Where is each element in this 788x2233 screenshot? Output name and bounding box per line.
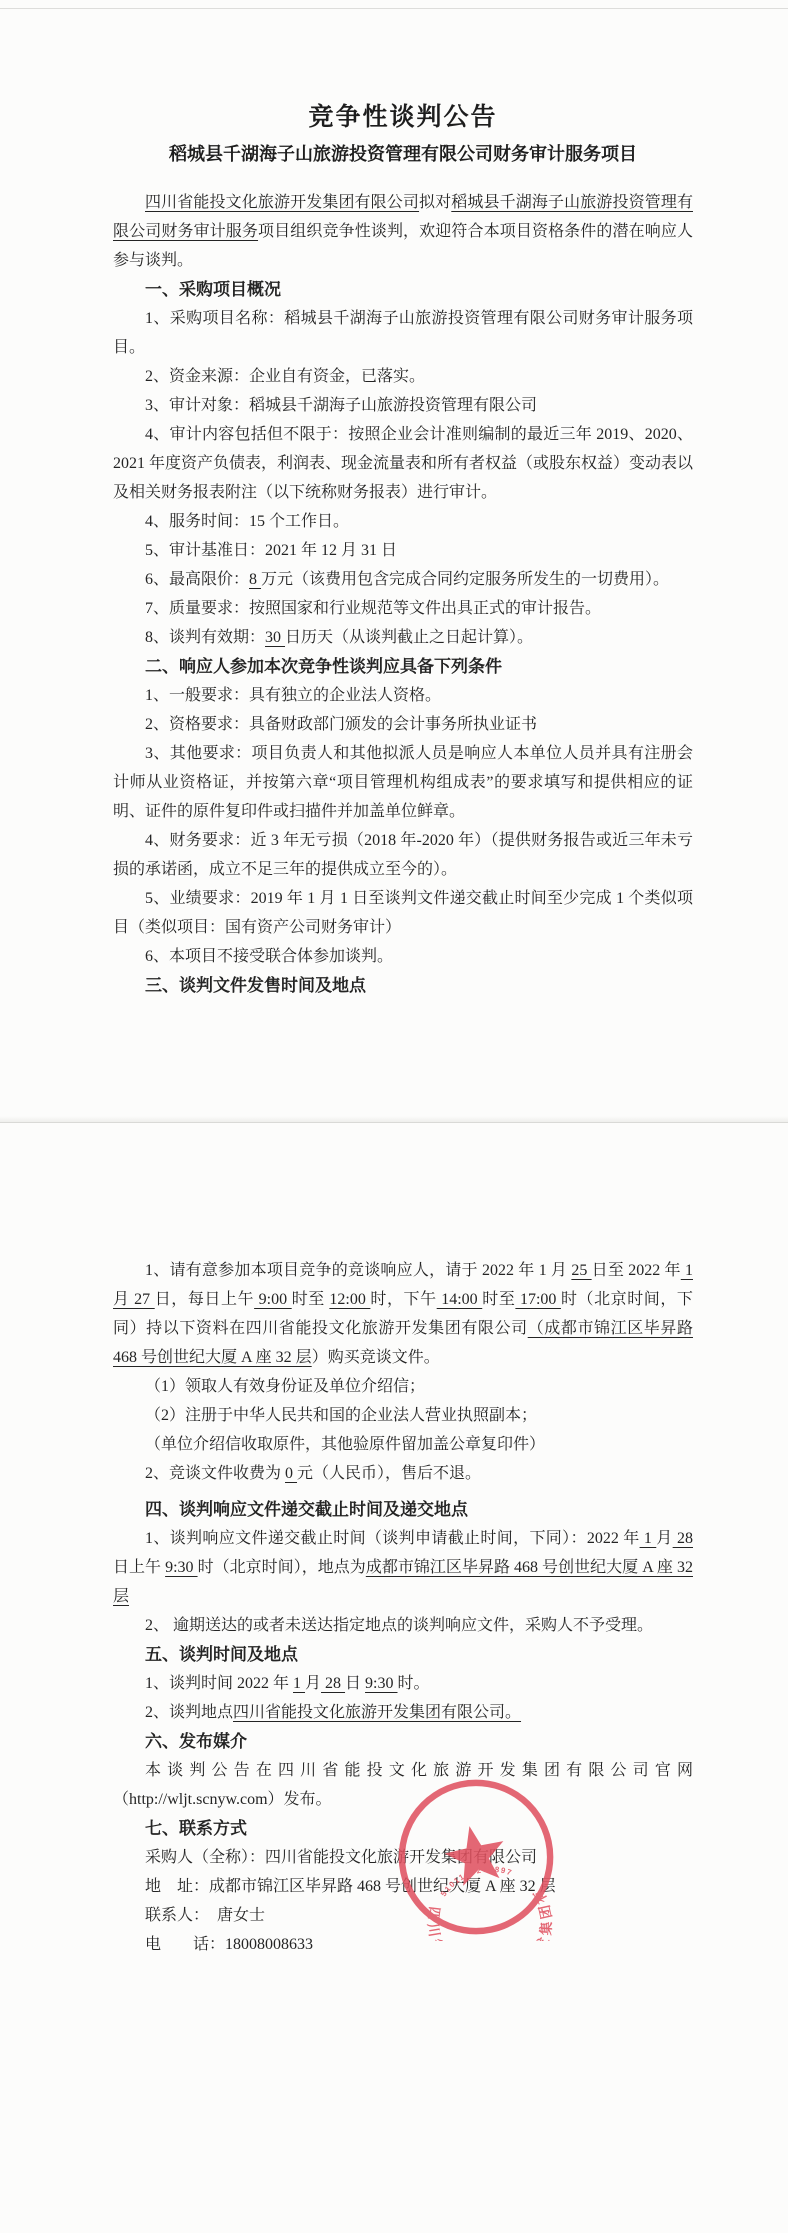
underlined-text: 25 bbox=[571, 1262, 591, 1279]
text-run: 日历天（从谈判截止之日起计算）。 bbox=[285, 629, 533, 646]
text-run: 六、发布媒介 bbox=[145, 1732, 247, 1751]
text-run: 1、请有意参加本项目竞争的竞谈响应人，请于 2022 年 1 月 bbox=[145, 1262, 571, 1279]
text-run: 时。 bbox=[398, 1675, 430, 1692]
underlined-text: 1 bbox=[640, 1530, 657, 1547]
underlined-text: 四川省能投文化旅游开发集团有限公司。 bbox=[233, 1704, 521, 1721]
document-title: 竞争性谈判公告 bbox=[113, 0, 693, 136]
underlined-text: 9:30 bbox=[165, 1559, 197, 1576]
text-run: （1）领取人有效身份证及单位介绍信； bbox=[145, 1378, 425, 1395]
paragraph: 1、一般要求：具有独立的企业法人资格。 bbox=[113, 681, 693, 710]
paragraph: 4、审计内容包括但不限于：按照企业会计准则编制的最近三年 2019、2020、2… bbox=[113, 420, 693, 507]
section-heading: 七、联系方式 bbox=[113, 1814, 693, 1843]
text-run: 一、采购项目概况 bbox=[145, 280, 281, 299]
underlined-text: 17:00 bbox=[515, 1291, 561, 1308]
underlined-text: 8 bbox=[249, 571, 261, 588]
text-run: 二、响应人参加本次竞争性谈判应具备下列条件 bbox=[145, 657, 502, 676]
paragraph: 6、最高限价：8 万元（该费用包含完成合同约定服务所发生的一切费用）。 bbox=[113, 565, 693, 594]
section-heading: 五、谈判时间及地点 bbox=[113, 1640, 693, 1669]
text-run: 7、质量要求：按照国家和行业规范等文件出具正式的审计报告。 bbox=[145, 600, 601, 617]
underlined-text: 0 bbox=[285, 1465, 297, 1482]
text-run: 七、联系方式 bbox=[145, 1819, 247, 1838]
underlined-text: 30 bbox=[265, 629, 285, 646]
text-run: 日，每日上午 bbox=[155, 1291, 254, 1308]
text-run: 4、财务要求：近 3 年无亏损（2018 年-2020 年）（提供财务报告或近三… bbox=[113, 832, 693, 878]
page-2-blocks: 1、请有意参加本项目竞争的竞谈响应人，请于 2022 年 1 月 25 日至 2… bbox=[113, 1256, 693, 1959]
text-run: 本谈判公告在四川省能投文化旅游开发集团有限公司官网 bbox=[145, 1762, 693, 1779]
text-run: 五、谈判时间及地点 bbox=[145, 1645, 298, 1664]
text-run: 四、谈判响应文件递交截止时间及递交地点 bbox=[145, 1500, 468, 1519]
text-run: 4、审计内容包括但不限于：按照企业会计准则编制的最近三年 2019、2020、2… bbox=[113, 426, 693, 501]
paragraph: 2、竞谈文件收费为 0 元（人民币），售后不退。 bbox=[113, 1459, 693, 1488]
text-run: 6、本项目不接受联合体参加谈判。 bbox=[145, 948, 393, 965]
underlined-text: 28 bbox=[673, 1530, 693, 1547]
text-run: 月 bbox=[305, 1675, 321, 1692]
paragraph: 2、谈判地点四川省能投文化旅游开发集团有限公司。 bbox=[113, 1698, 693, 1727]
page-2-content: 1、请有意参加本项目竞争的竞谈响应人，请于 2022 年 1 月 25 日至 2… bbox=[0, 1123, 788, 1959]
underlined-text: 四川省能投文化旅游开发集团有限公司 bbox=[145, 194, 419, 211]
page-1: 竞争性谈判公告 稻城县千湖海子山旅游投资管理有限公司财务审计服务项目 四川省能投… bbox=[0, 0, 788, 1122]
text-run: 时，下午 bbox=[370, 1291, 436, 1308]
paragraph: 2、资格要求：具备财政部门颁发的会计事务所执业证书 bbox=[113, 710, 693, 739]
paragraph: 5、审计基准日：2021 年 12 月 31 日 bbox=[113, 536, 693, 565]
paragraph: 联系人： 唐女士 bbox=[113, 1901, 693, 1930]
paragraph: （1）领取人有效身份证及单位介绍信； bbox=[113, 1372, 693, 1401]
paragraph: 3、审计对象：稻城县千湖海子山旅游投资管理有限公司 bbox=[113, 391, 693, 420]
text-run: 采购人（全称）：四川省能投文化旅游开发集团有限公司 bbox=[145, 1849, 537, 1866]
text-run: （http://wljt.scnyw.com）发布。 bbox=[113, 1791, 332, 1808]
text-run: 日至 2022 年 bbox=[592, 1262, 681, 1279]
paragraph: 3、其他要求：项目负责人和其他拟派人员是响应人本单位人员并具有注册会计师从业资格… bbox=[113, 739, 693, 826]
text-run: 2、资金来源：企业自有资金，已落实。 bbox=[145, 368, 425, 385]
underlined-text: 9:30 bbox=[365, 1675, 397, 1692]
section-heading: 六、发布媒介 bbox=[113, 1727, 693, 1756]
paragraph: 1、采购项目名称：稻城县千湖海子山旅游投资管理有限公司财务审计服务项目。 bbox=[113, 304, 693, 362]
paragraph: 4、财务要求：近 3 年无亏损（2018 年-2020 年）（提供财务报告或近三… bbox=[113, 826, 693, 884]
paragraph: 采购人（全称）：四川省能投文化旅游开发集团有限公司 bbox=[113, 1843, 693, 1872]
paragraph: 5、业绩要求：2019 年 1 月 1 日至谈判文件递交截止时间至少完成 1 个… bbox=[113, 884, 693, 942]
underlined-text: 14:00 bbox=[437, 1291, 483, 1308]
document-subtitle: 稻城县千湖海子山旅游投资管理有限公司财务审计服务项目 bbox=[113, 141, 693, 167]
paragraph: （2）注册于中华人民共和国的企业法人营业执照副本； bbox=[113, 1401, 693, 1430]
text-run: 1、谈判时间 2022 年 bbox=[145, 1675, 293, 1692]
paragraph: 电 话：18008008633 bbox=[113, 1930, 693, 1959]
text-run: 万元（该费用包含完成合同约定服务所发生的一切费用）。 bbox=[261, 571, 669, 588]
paragraph: 1、谈判响应文件递交截止时间（谈判申请截止时间，下同）：2022 年 1 月 2… bbox=[113, 1524, 693, 1611]
section-heading: 四、谈判响应文件递交截止时间及递交地点 bbox=[113, 1495, 693, 1524]
section-heading: 一、采购项目概况 bbox=[113, 275, 693, 304]
text-run: （单位介绍信收取原件，其他验原件留加盖公章复印件） bbox=[145, 1436, 545, 1453]
page-1-content: 竞争性谈判公告 稻城县千湖海子山旅游投资管理有限公司财务审计服务项目 四川省能投… bbox=[0, 0, 788, 1000]
text-run: 5、业绩要求：2019 年 1 月 1 日至谈判文件递交截止时间至少完成 1 个… bbox=[113, 890, 693, 936]
paragraph: 1、谈判时间 2022 年 1 月 28 日 9:30 时。 bbox=[113, 1669, 693, 1698]
paragraph: 地 址：成都市锦江区毕昇路 468 号创世纪大厦 A 座 32 层 bbox=[113, 1872, 693, 1901]
text-run: 2、竞谈文件收费为 bbox=[145, 1465, 285, 1482]
paragraph: 7、质量要求：按照国家和行业规范等文件出具正式的审计报告。 bbox=[113, 594, 693, 623]
section-heading: 二、响应人参加本次竞争性谈判应具备下列条件 bbox=[113, 652, 693, 681]
paragraph: （http://wljt.scnyw.com）发布。 bbox=[113, 1785, 693, 1814]
text-run: 日 bbox=[345, 1675, 365, 1692]
text-run: 4、服务时间：15 个工作日。 bbox=[145, 513, 349, 530]
text-run: 联系人： 唐女士 bbox=[145, 1907, 265, 1924]
page-2: 1、请有意参加本项目竞争的竞谈响应人，请于 2022 年 1 月 25 日至 2… bbox=[0, 1122, 788, 2233]
text-run: 日上午 bbox=[113, 1559, 165, 1576]
text-run: 3、其他要求：项目负责人和其他拟派人员是响应人本单位人员并具有注册会计师从业资格… bbox=[113, 745, 693, 820]
paragraph: 四川省能投文化旅游开发集团有限公司拟对稻城县千湖海子山旅游投资管理有限公司财务审… bbox=[113, 188, 693, 275]
underlined-text: 12:00 bbox=[329, 1291, 370, 1308]
text-run: 电 话：18008008633 bbox=[145, 1936, 313, 1953]
text-run: 6、最高限价： bbox=[145, 571, 249, 588]
text-run: 5、审计基准日：2021 年 12 月 31 日 bbox=[145, 542, 397, 559]
text-run: 8、谈判有效期： bbox=[145, 629, 265, 646]
page-1-blocks: 四川省能投文化旅游开发集团有限公司拟对稻城县千湖海子山旅游投资管理有限公司财务审… bbox=[113, 188, 693, 1000]
text-run: 1、采购项目名称：稻城县千湖海子山旅游投资管理有限公司财务审计服务项目。 bbox=[113, 310, 693, 356]
text-run: 2、 逾期送达的或者未送达指定地点的谈判响应文件，采购人不予受理。 bbox=[145, 1617, 653, 1634]
paragraph: 4、服务时间：15 个工作日。 bbox=[113, 507, 693, 536]
text-run: 拟对 bbox=[419, 194, 451, 211]
paragraph: 2、资金来源：企业自有资金，已落实。 bbox=[113, 362, 693, 391]
underlined-text: 1 bbox=[293, 1675, 305, 1692]
text-run: 地 址：成都市锦江区毕昇路 468 号创世纪大厦 A 座 32 层 bbox=[145, 1878, 556, 1895]
text-run: 2、资格要求：具备财政部门颁发的会计事务所执业证书 bbox=[145, 716, 537, 733]
text-run: 时至 bbox=[482, 1291, 515, 1308]
text-run: 时至 bbox=[292, 1291, 330, 1308]
underlined-text: 9:00 bbox=[254, 1291, 292, 1308]
text-run: 元（人民币），售后不退。 bbox=[297, 1465, 481, 1482]
text-run: 2、谈判地点 bbox=[145, 1704, 233, 1721]
text-run: 1、一般要求：具有独立的企业法人资格。 bbox=[145, 687, 441, 704]
text-run: 三、谈判文件发售时间及地点 bbox=[145, 976, 366, 995]
paragraph: （单位介绍信收取原件，其他验原件留加盖公章复印件） bbox=[113, 1430, 693, 1459]
paragraph: 6、本项目不接受联合体参加谈判。 bbox=[113, 942, 693, 971]
section-heading: 三、谈判文件发售时间及地点 bbox=[113, 971, 693, 1000]
paragraph: 2、 逾期送达的或者未送达指定地点的谈判响应文件，采购人不予受理。 bbox=[113, 1611, 693, 1640]
text-run: 月 bbox=[656, 1530, 672, 1547]
text-run: 1、谈判响应文件递交截止时间（谈判申请截止时间，下同）：2022 年 bbox=[145, 1530, 640, 1547]
underlined-text: 28 bbox=[321, 1675, 345, 1692]
text-run: 时（北京时间），地点为 bbox=[198, 1559, 366, 1576]
paragraph: 8、谈判有效期：30 日历天（从谈判截止之日起计算）。 bbox=[113, 623, 693, 652]
page-top-edge-line bbox=[0, 8, 788, 9]
text-run: 3、审计对象：稻城县千湖海子山旅游投资管理有限公司 bbox=[145, 397, 537, 414]
text-run: （2）注册于中华人民共和国的企业法人营业执照副本； bbox=[145, 1407, 537, 1424]
text-run: ）购买竞谈文件。 bbox=[312, 1349, 440, 1366]
paragraph: 1、请有意参加本项目竞争的竞谈响应人，请于 2022 年 1 月 25 日至 2… bbox=[113, 1256, 693, 1372]
paragraph: 本谈判公告在四川省能投文化旅游开发集团有限公司官网 bbox=[113, 1756, 693, 1785]
